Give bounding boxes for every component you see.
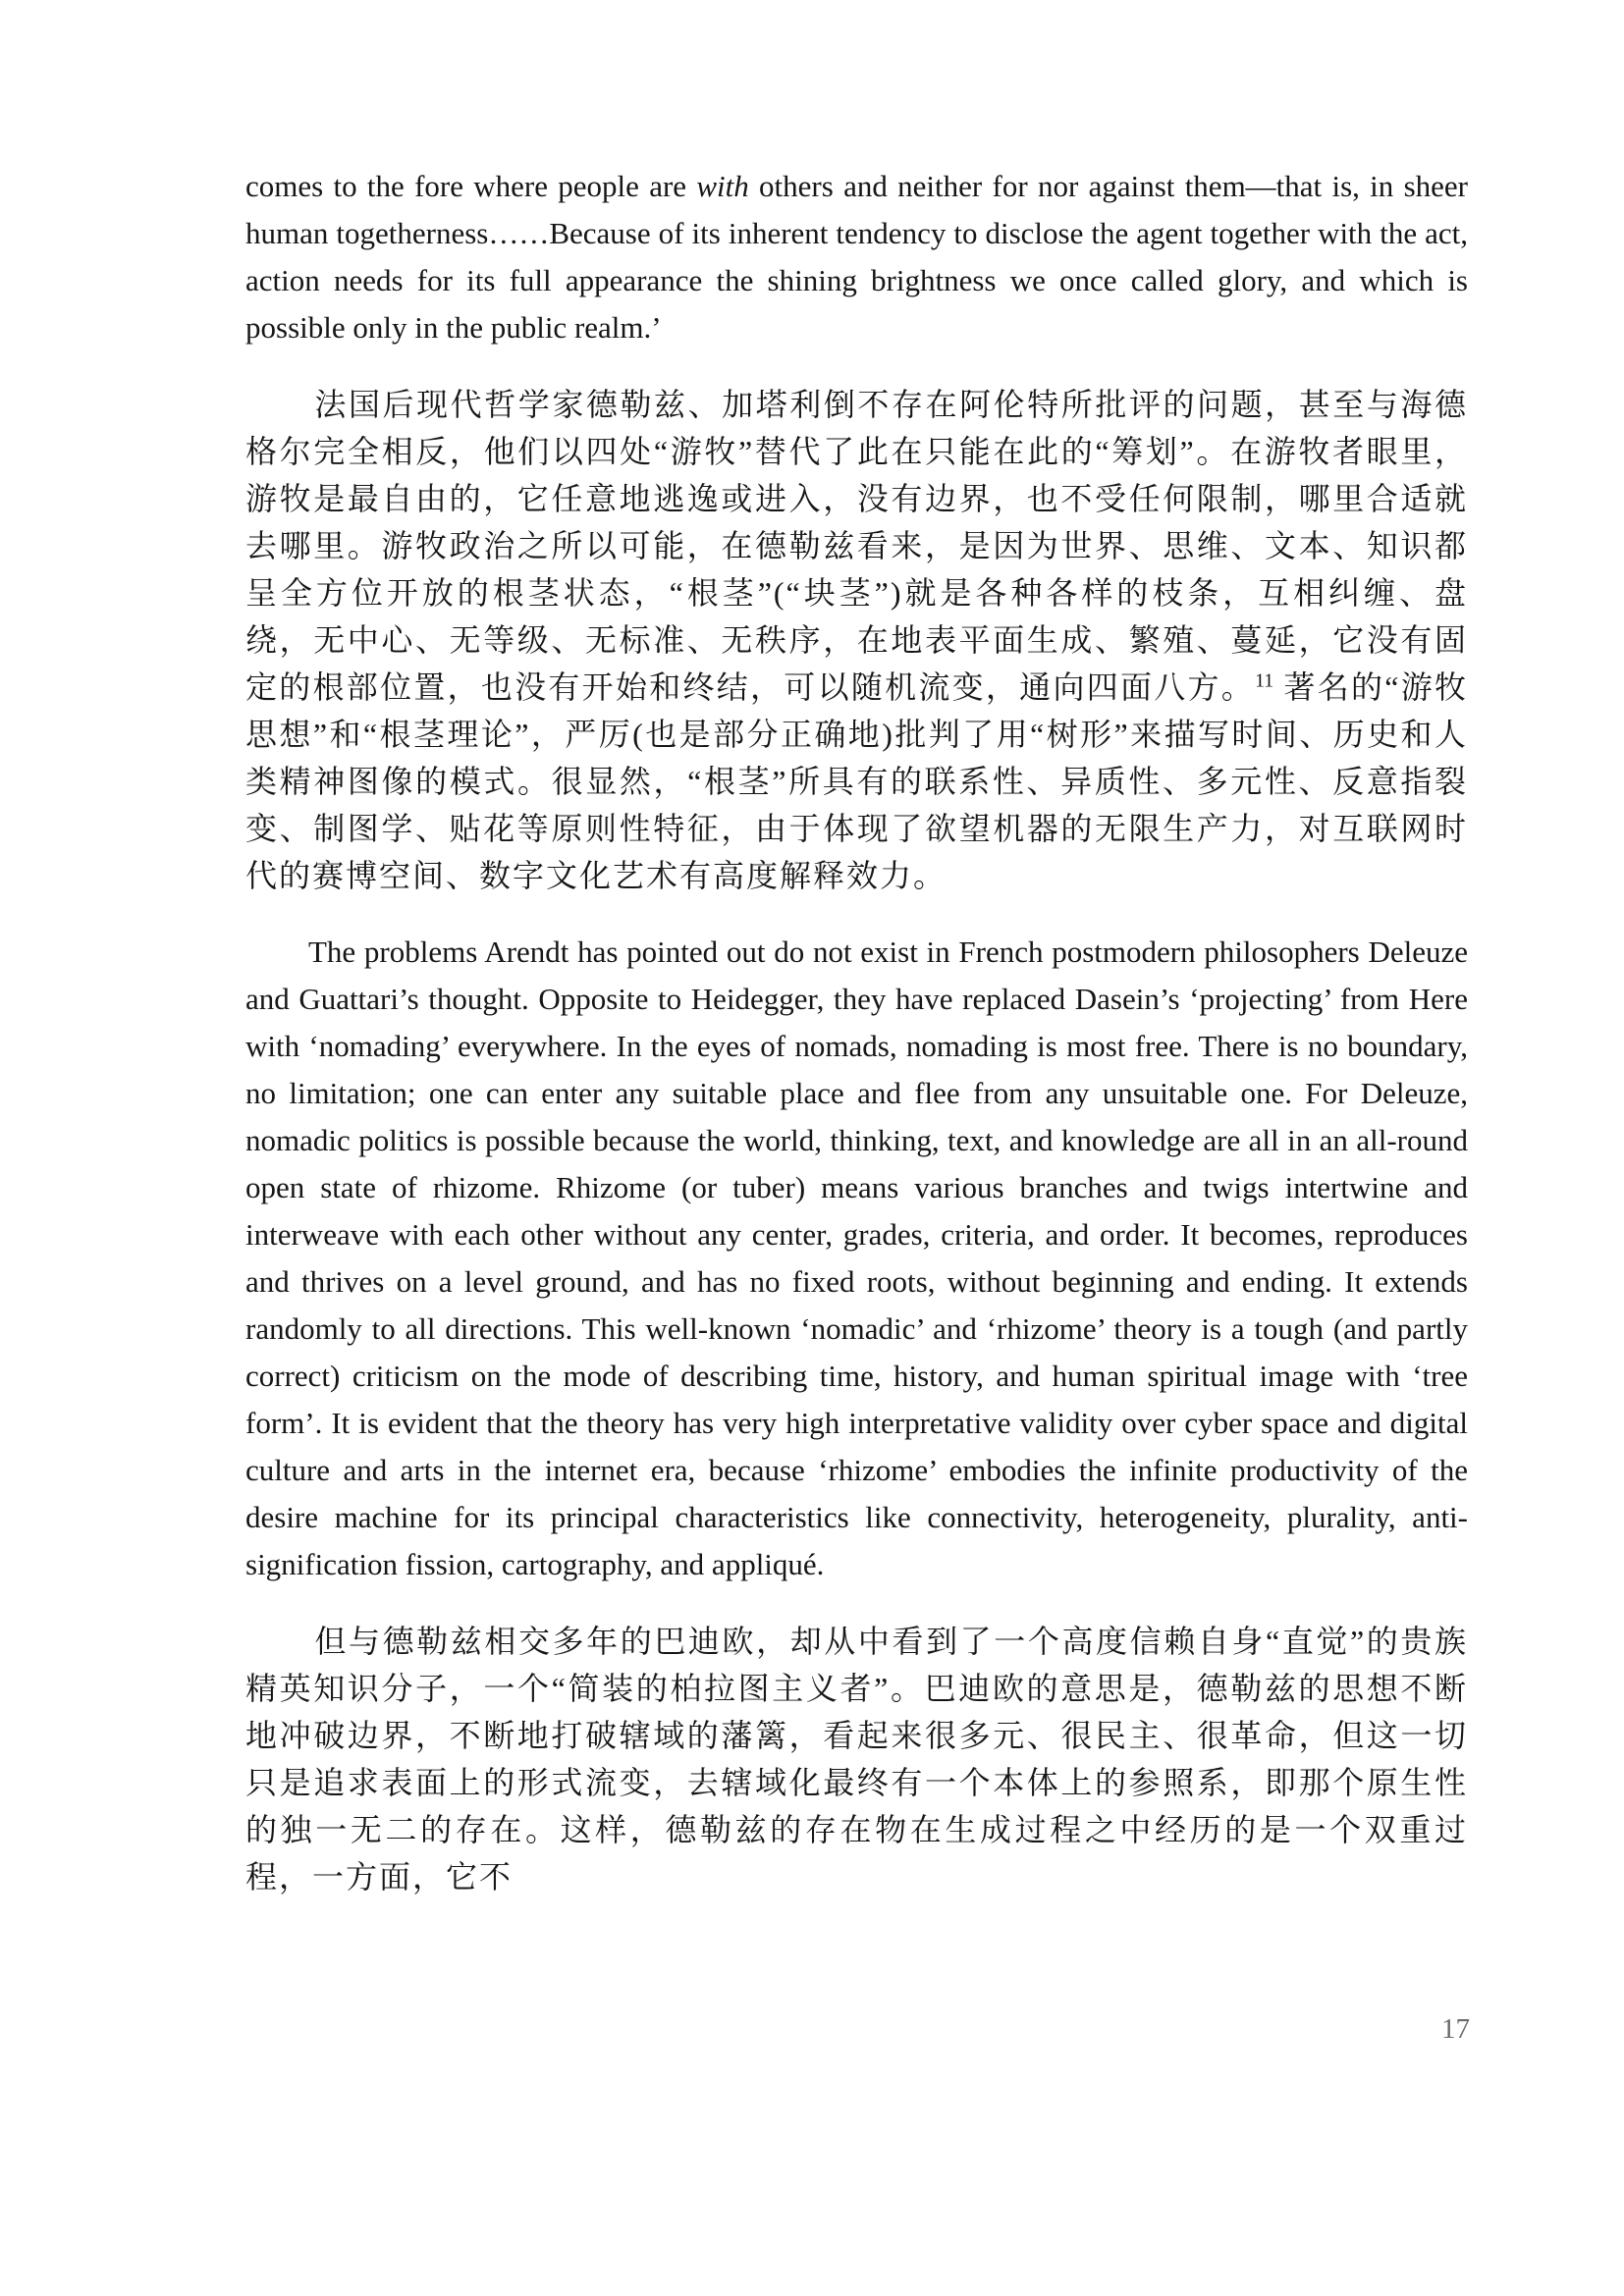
page-content: comes to the fore where people are with … [245,163,1468,1900]
paragraph-chinese-badiou: 但与德勒兹相交多年的巴迪欧，却从中看到了一个高度信赖自身“直觉”的贵族精英知识分… [245,1618,1468,1900]
document-page: comes to the fore where people are with … [0,0,1624,2296]
quote-text-before-italic: comes to the fore where people are [245,169,696,203]
paragraph-english-quote: comes to the fore where people are with … [245,163,1468,351]
paragraph-english-translation: The problems Arendt has pointed out do n… [245,929,1468,1588]
paragraph-chinese-deleuze: 法国后现代哲学家德勒兹、加塔利倒不存在阿伦特所批评的问题，甚至与海德格尔完全相反… [245,381,1468,899]
chinese-text-before-footnote: 法国后现代哲学家德勒兹、加塔利倒不存在阿伦特所批评的问题，甚至与海德格尔完全相反… [245,387,1468,705]
footnote-marker: 11 [1255,669,1273,691]
page-number: 17 [1441,2012,1470,2046]
quote-italic-word: with [696,169,748,203]
